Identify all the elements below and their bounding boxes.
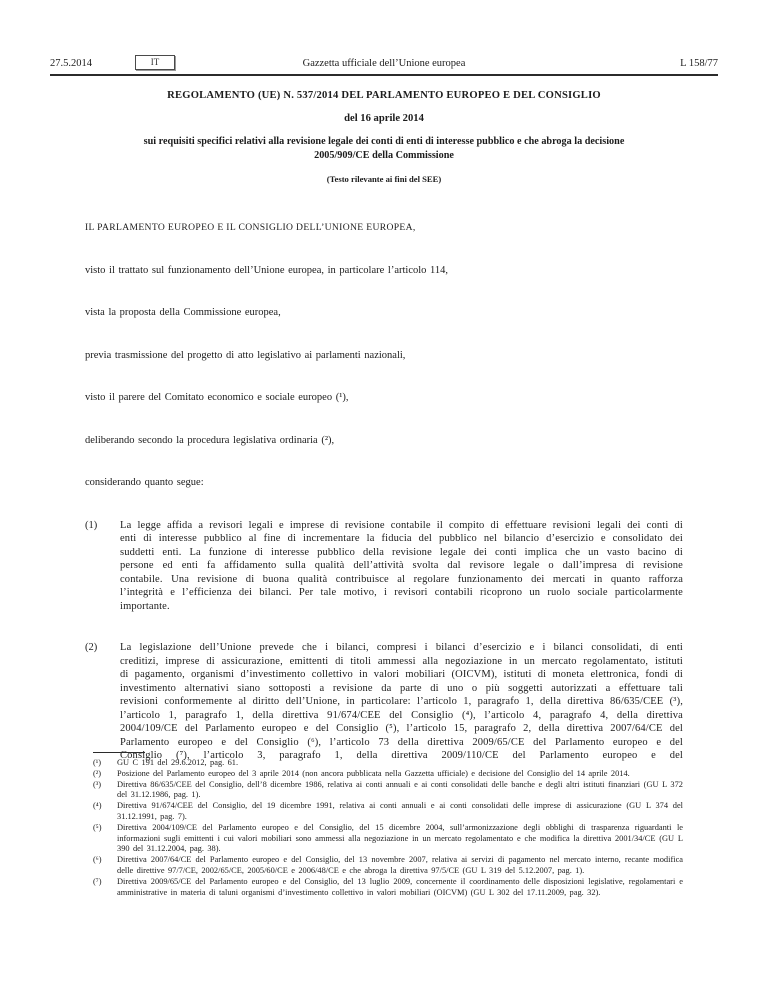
footnote-text: Direttiva 91/674/CEE del Consiglio, del … (117, 801, 683, 821)
footnote-divider (93, 752, 145, 753)
page-reference: L 158/77 (680, 58, 718, 69)
title-block: REGOLAMENTO (UE) N. 537/2014 DEL PARLAME… (85, 90, 683, 184)
recitals-lead-in: considerando quanto segue: (85, 476, 683, 490)
footnote-item: (⁴) Direttiva 91/674/CEE del Consiglio, … (93, 801, 683, 823)
footnote-text: Direttiva 2007/64/CE del Parlamento euro… (117, 855, 683, 875)
footnote-item: (¹) GU C 191 del 29.6.2012, pag. 61. (93, 758, 683, 769)
citation-proposal: vista la proposta della Commissione euro… (85, 306, 683, 320)
document-page: 27.5.2014 IT Gazzetta ufficiale dell’Uni… (0, 0, 768, 994)
footnote-item: (²) Posizione del Parlamento europeo del… (93, 769, 683, 780)
document-body: IL PARLAMENTO EUROPEO E IL CONSIGLIO DEL… (85, 221, 683, 791)
regulation-date: del 16 aprile 2014 (85, 113, 683, 124)
header-divider (50, 74, 718, 76)
footnote-item: (³) Direttiva 86/635/CEE del Consiglio, … (93, 780, 683, 802)
footnote-marker: (³) (93, 780, 101, 791)
journal-title: Gazzetta ufficiale dell’Unione europea (50, 58, 718, 69)
recital-number: (1) (85, 519, 120, 614)
footnote-text: Direttiva 2004/109/CE del Parlamento eur… (117, 823, 683, 854)
footnote-marker: (²) (93, 769, 101, 780)
footnote-text: Posizione del Parlamento europeo del 3 a… (117, 769, 630, 778)
citation-legislative-procedure: deliberando secondo la procedura legisla… (85, 434, 683, 448)
preamble-opening: IL PARLAMENTO EUROPEO E IL CONSIGLIO DEL… (85, 221, 683, 235)
footnote-item: (⁶) Direttiva 2007/64/CE del Parlamento … (93, 855, 683, 877)
citation-national-parliaments: previa trasmissione del progetto di atto… (85, 349, 683, 363)
footnote-marker: (⁴) (93, 801, 102, 812)
citation-treaty: visto il trattato sul funzionamento dell… (85, 264, 683, 278)
page-header: 27.5.2014 IT Gazzetta ufficiale dell’Uni… (50, 55, 718, 75)
footnote-marker: (⁶) (93, 855, 102, 866)
footnote-text: Direttiva 86/635/CEE del Consiglio, dell… (117, 780, 683, 800)
footnote-marker: (¹) (93, 758, 101, 769)
footnote-text: Direttiva 2009/65/CE del Parlamento euro… (117, 877, 683, 897)
recitals-section: (1) La legge affida a revisori legali e … (85, 519, 683, 763)
footnote-marker: (⁵) (93, 823, 102, 834)
recital-item: (1) La legge affida a revisori legali e … (85, 519, 683, 614)
regulation-title: REGOLAMENTO (UE) N. 537/2014 DEL PARLAME… (85, 90, 683, 101)
footnotes-section: (¹) GU C 191 del 29.6.2012, pag. 61. (²)… (93, 752, 683, 898)
recital-text: La legge affida a revisori legali e impr… (120, 519, 683, 614)
footnote-item: (⁷) Direttiva 2009/65/CE del Parlamento … (93, 877, 683, 899)
footnote-text: GU C 191 del 29.6.2012, pag. 61. (117, 758, 238, 767)
recital-item: (2) La legislazione dell’Unione prevede … (85, 641, 683, 763)
footnote-marker: (⁷) (93, 877, 102, 888)
citation-eesc-opinion: visto il parere del Comitato economico e… (85, 391, 683, 405)
regulation-subject: sui requisiti specifici relativi alla re… (118, 135, 650, 162)
recital-number: (2) (85, 641, 120, 763)
eea-relevance-note: (Testo rilevante ai fini del SEE) (85, 174, 683, 184)
recital-text: La legislazione dell’Unione prevede che … (120, 641, 683, 763)
footnote-item: (⁵) Direttiva 2004/109/CE del Parlamento… (93, 823, 683, 855)
